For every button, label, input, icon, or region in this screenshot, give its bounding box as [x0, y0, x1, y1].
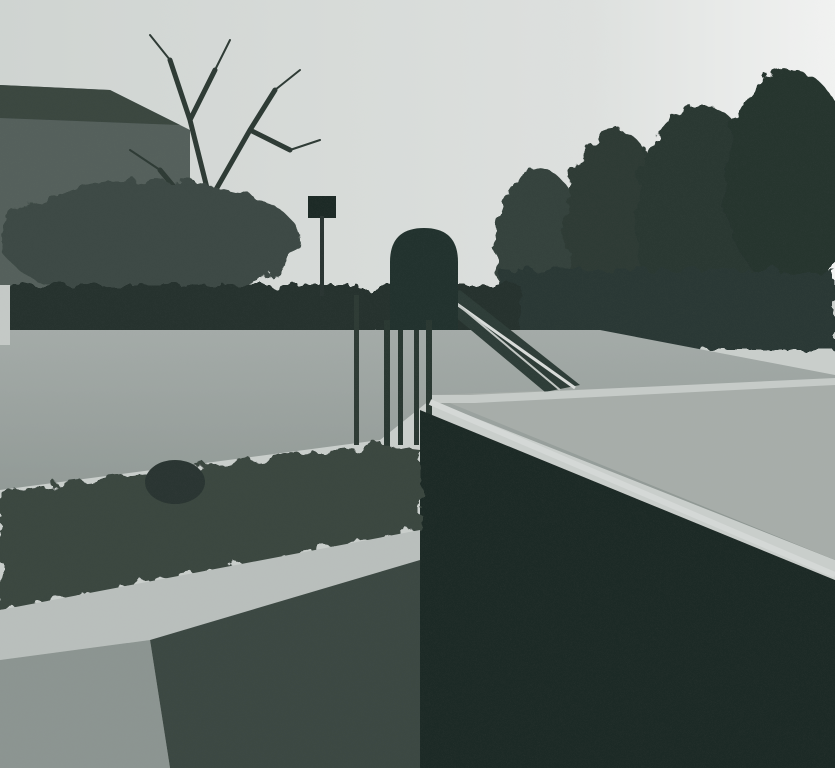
playground-photo: [0, 0, 835, 768]
lower-grass-left: [0, 640, 170, 768]
photo-canvas: [0, 0, 835, 768]
shrub: [145, 460, 205, 504]
left-edge-post: [0, 285, 10, 345]
tree-canopy-left: [0, 180, 300, 300]
